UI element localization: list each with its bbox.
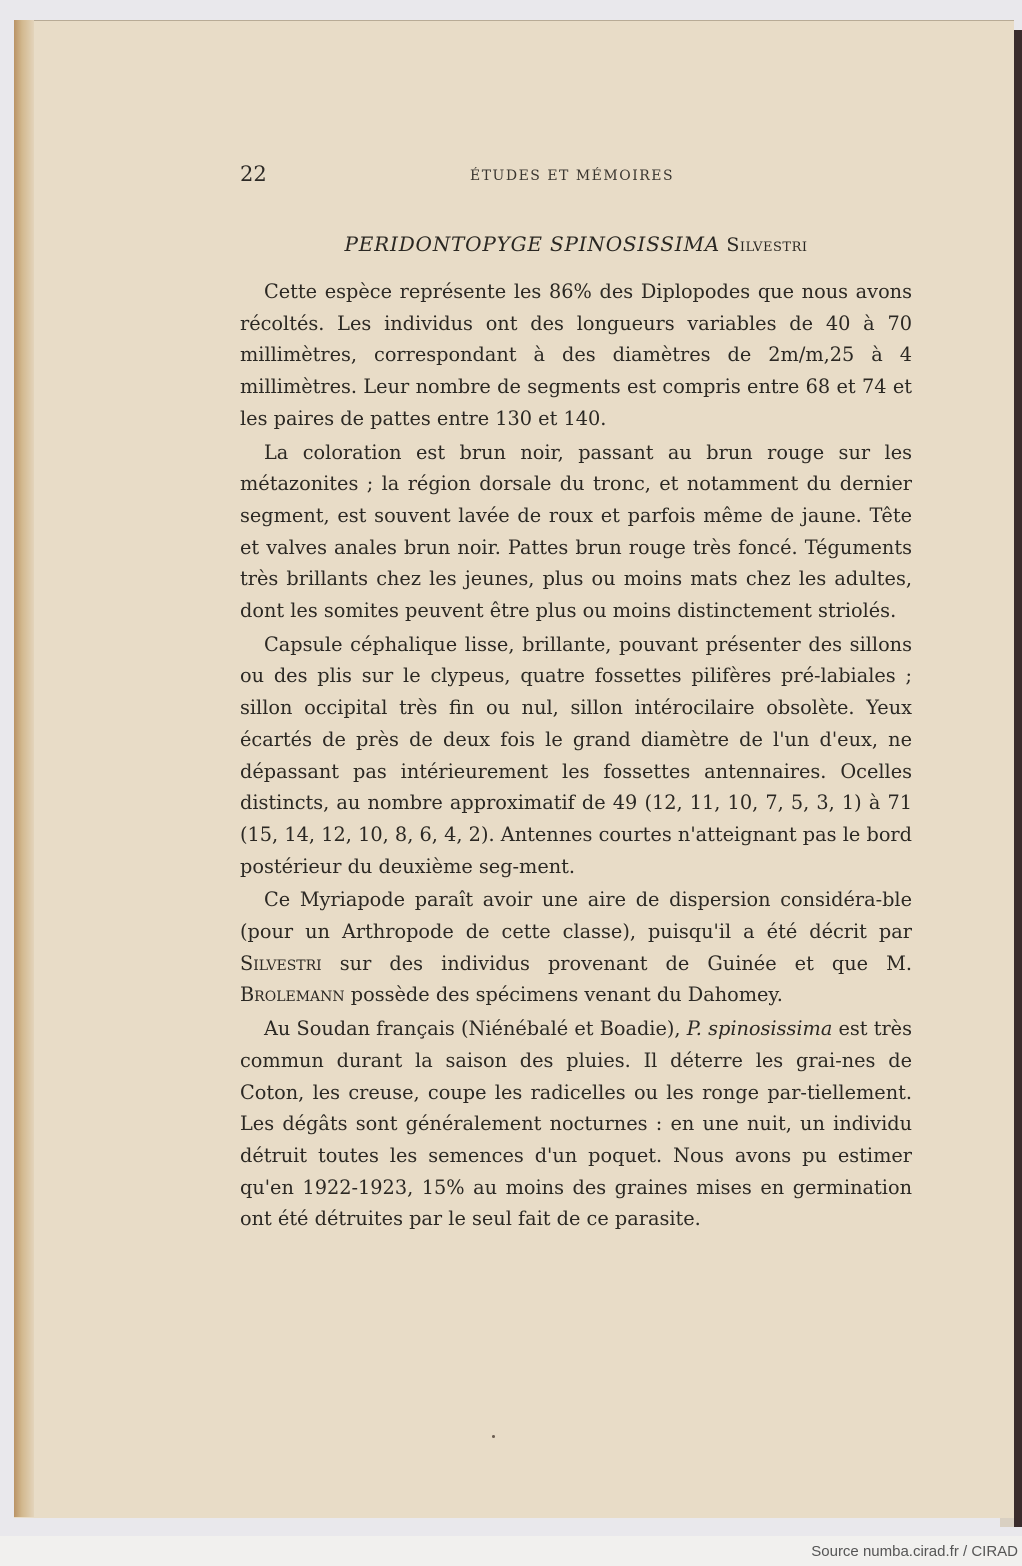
paragraph: Cette espèce représente les 86% des Dipl…: [240, 276, 912, 435]
author-name: Brolemann: [240, 983, 345, 1006]
page-edge: [14, 20, 34, 1517]
paragraph: Au Soudan français (Niénébalé et Boadie)…: [240, 1013, 912, 1235]
paragraph: Ce Myriapode paraît avoir une aire de di…: [240, 884, 912, 1011]
species-author: Silvestri: [726, 234, 807, 256]
text-run: possède des spécimens venant du Dahomey.: [345, 983, 783, 1006]
text-run: Au Soudan français (Niénébalé et Boadie)…: [264, 1017, 687, 1040]
text-run: est très commun durant la saison des plu…: [240, 1017, 912, 1230]
paper-speck: [492, 1435, 495, 1438]
body-text: Cette espèce représente les 86% des Dipl…: [240, 276, 912, 1235]
page-number: 22: [240, 162, 267, 186]
book-cover-edge: [1014, 30, 1022, 1527]
page-header: 22 ÉTUDES ET MÉMOIRES: [240, 162, 912, 192]
author-name: Silvestri: [240, 952, 322, 975]
paragraph: La coloration est brun noir, passant au …: [240, 437, 912, 627]
paragraph: Capsule céphalique lisse, brillante, pou…: [240, 629, 912, 883]
text-run: Ce Myriapode paraît avoir une aire de di…: [240, 888, 912, 943]
source-credit: Source numba.cirad.fr / CIRAD: [811, 1543, 1018, 1560]
running-head: ÉTUDES ET MÉMOIRES: [470, 168, 674, 184]
text-run: sur des individus provenant de Guinée et…: [322, 952, 912, 975]
species-name: PERIDONTOPYGE SPINOSISSIMA: [345, 232, 721, 256]
species-abbrev: P. spinosissima: [687, 1017, 833, 1040]
section-title: PERIDONTOPYGE SPINOSISSIMA Silvestri: [240, 232, 912, 256]
